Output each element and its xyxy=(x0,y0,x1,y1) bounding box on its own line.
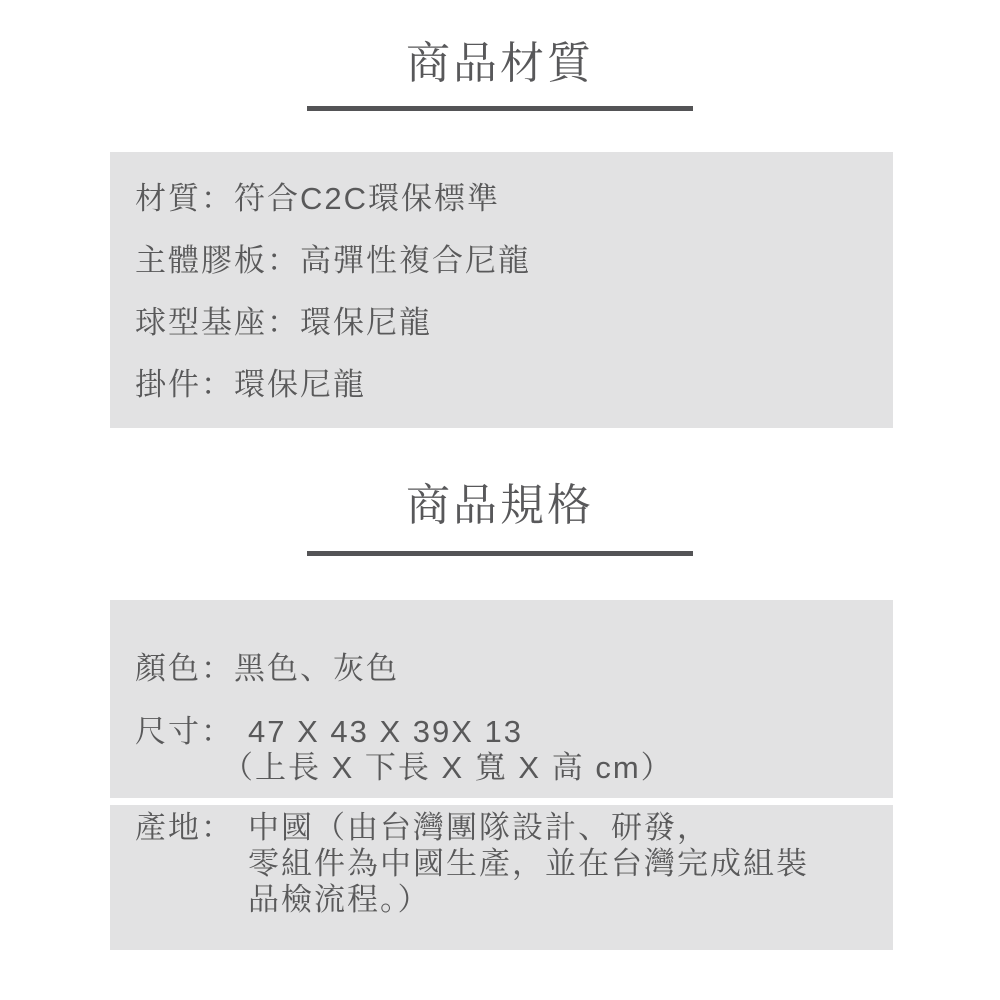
material-row-material: 材質： 符合C2C環保標準 xyxy=(135,164,893,226)
origin-value: 中國（由台灣團隊設計、研發， 零組件為中國生產，並在台灣完成組裝 品檢流程。） xyxy=(248,810,809,918)
spec-color-value: 黑色、灰色 xyxy=(234,643,399,688)
spec-row-color: 顏色： 黑色、灰色 xyxy=(135,634,893,696)
material-row-main-board: 主體膠板： 高彈性複合尼龍 xyxy=(135,226,893,288)
material-row-label: 材質： xyxy=(135,173,234,218)
origin-line-1: 中國（由台灣團隊設計、研發， xyxy=(248,810,809,846)
origin-line-2: 零組件為中國生產，並在台灣完成組裝 xyxy=(248,846,809,882)
material-row-value: 符合C2C環保標準 xyxy=(234,173,500,218)
spec-row-size: 尺寸： 47 X 43 X 39X 13 （上長 X 下長 X 寬 X 高 cm… xyxy=(135,714,893,786)
material-row-label: 球型基座： xyxy=(135,297,300,342)
spec-size-label: 尺寸： xyxy=(135,714,248,750)
spec-size-unit-note: （上長 X 下長 X 寬 X 高 cm） xyxy=(248,750,674,786)
material-row-label: 主體膠板： xyxy=(135,235,300,280)
origin-info-box: 產地： 中國（由台灣團隊設計、研發， 零組件為中國生產，並在台灣完成組裝 品檢流… xyxy=(110,805,893,950)
material-row-value: 高彈性複合尼龍 xyxy=(300,235,531,280)
material-row-value: 環保尼龍 xyxy=(234,359,366,404)
origin-label: 產地： xyxy=(135,810,248,846)
material-row-label: 掛件： xyxy=(135,359,234,404)
product-info-page: 商品材質 材質： 符合C2C環保標準 主體膠板： 高彈性複合尼龍 球型基座： 環… xyxy=(0,0,1000,1000)
spec-size-numbers: 47 X 43 X 39X 13 xyxy=(248,714,674,750)
material-row-value: 環保尼龍 xyxy=(300,297,432,342)
origin-line-3: 品檢流程。） xyxy=(248,882,809,918)
spec-size-value: 47 X 43 X 39X 13 （上長 X 下長 X 寬 X 高 cm） xyxy=(248,714,674,786)
material-row-ball-base: 球型基座： 環保尼龍 xyxy=(135,288,893,350)
material-title-underline xyxy=(307,106,693,111)
spec-section-title: 商品規格 xyxy=(0,480,1000,533)
material-section-title: 商品材質 xyxy=(0,38,1000,91)
material-info-box: 材質： 符合C2C環保標準 主體膠板： 高彈性複合尼龍 球型基座： 環保尼龍 掛… xyxy=(110,152,893,428)
spec-color-label: 顏色： xyxy=(135,643,234,688)
material-row-pendant: 掛件： 環保尼龍 xyxy=(135,350,893,412)
spec-info-box: 顏色： 黑色、灰色 尺寸： 47 X 43 X 39X 13 （上長 X 下長 … xyxy=(110,600,893,798)
spec-row-origin: 產地： 中國（由台灣團隊設計、研發， 零組件為中國生產，並在台灣完成組裝 品檢流… xyxy=(135,810,893,918)
spec-title-underline xyxy=(307,551,693,556)
